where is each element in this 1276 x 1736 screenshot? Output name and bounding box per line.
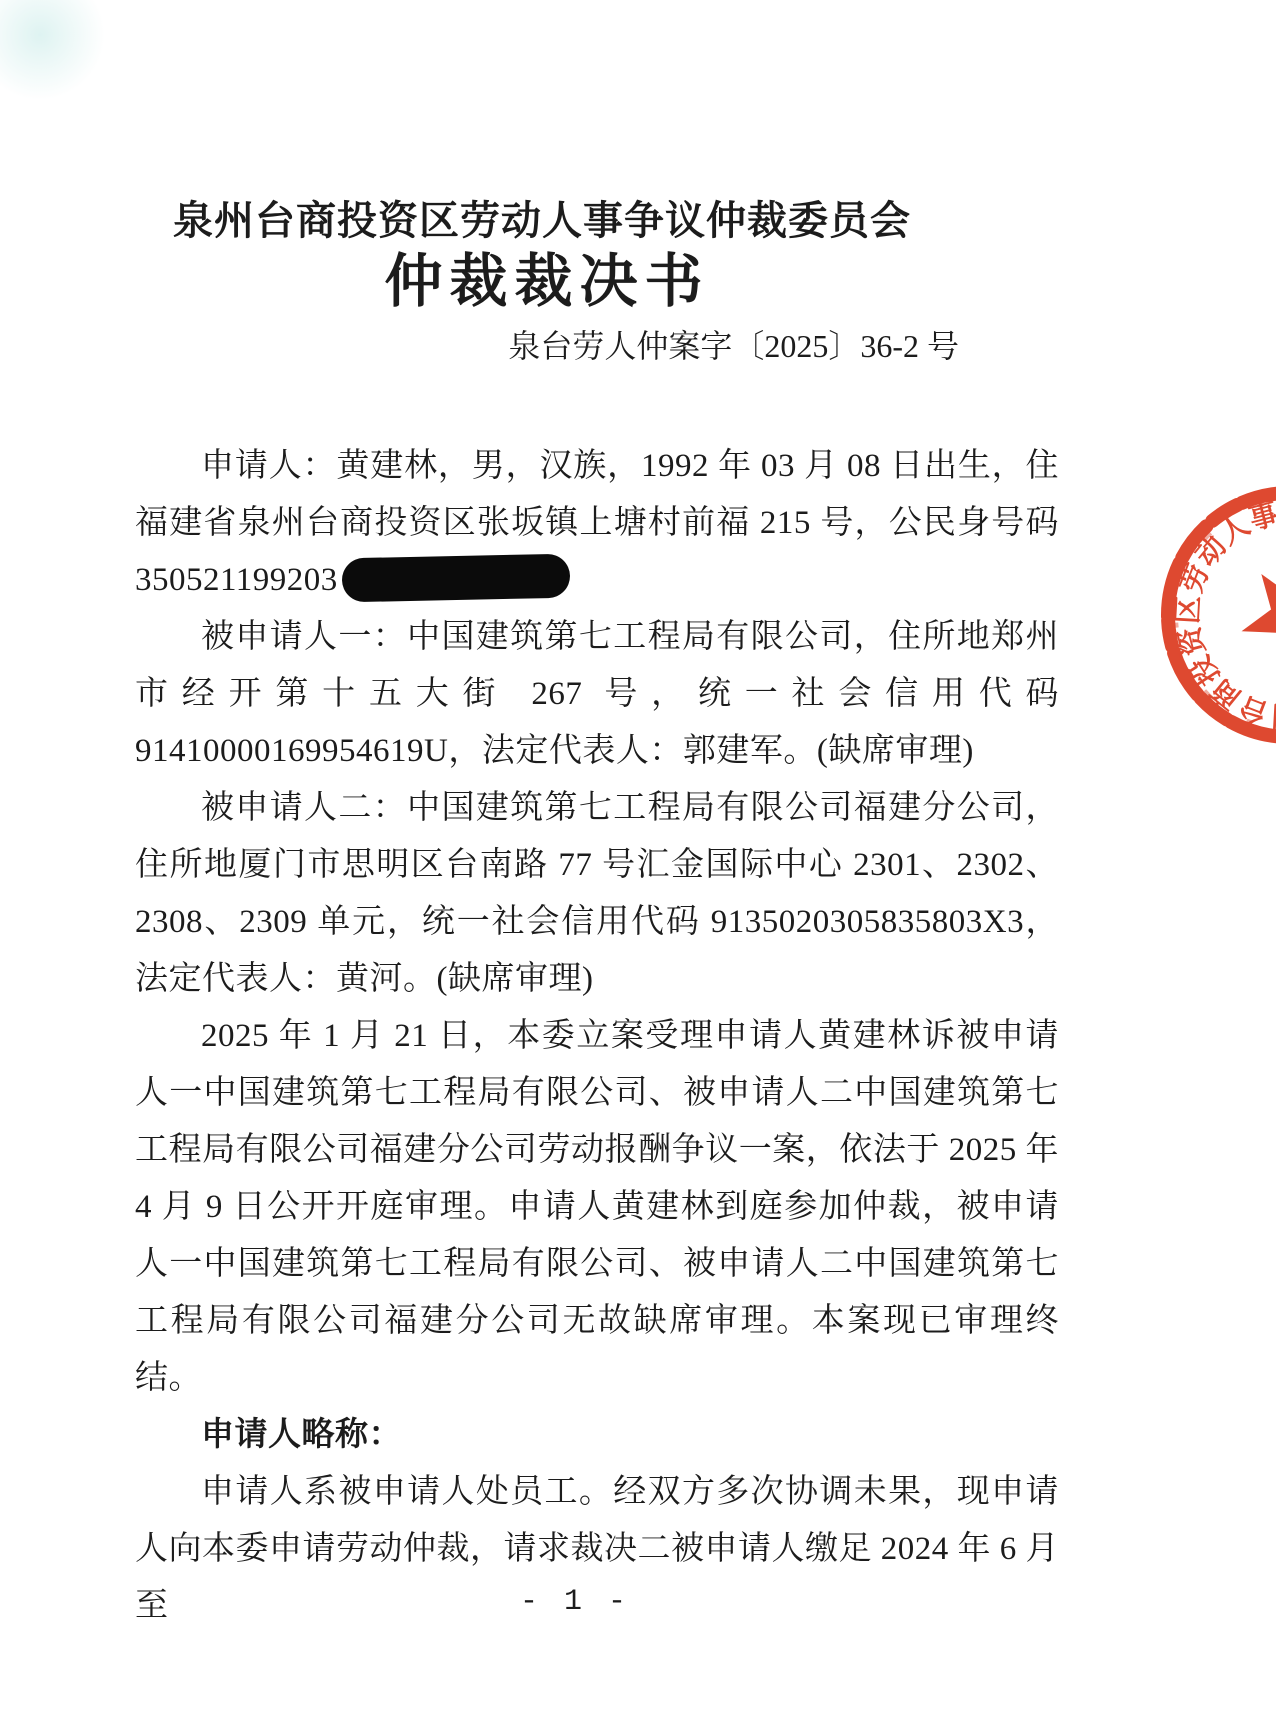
svg-text:泉州台商投资区劳动人事争议仲裁委员会: 泉州台商投资区劳动人事争议仲裁委员会 [1140,465,1276,765]
body-paragraphs: 申请人：黄建林，男，汉族，1992 年 03 月 08 日出生，住福建省泉州台商… [135,438,1059,1635]
case-number: 泉台劳人仲案字〔2025〕36-2 号 [135,326,1059,366]
seal-star-icon [1221,546,1276,678]
paragraph-text: 申请人：黄建林，男，汉族，1992 年 03 月 08 日出生，住福建省泉州台商… [135,448,1059,598]
paragraph-respondent-1: 被申请人一：中国建筑第七工程局有限公司，住所地郑州市经开第十五大街 267 号，… [135,609,1059,780]
committee-title: 泉州台商投资区劳动人事争议仲裁委员会 [80,196,1004,246]
paragraph-applicant: 申请人：黄建林，男，汉族，1992 年 03 月 08 日出生，住福建省泉州台商… [135,438,1059,609]
paragraph-respondent-2: 被申请人二：中国建筑第七工程局有限公司福建分公司，住所地厦门市思明区台南路 77… [135,780,1059,1008]
page-number: - 1 - [435,1585,715,1619]
redaction-box [341,554,570,603]
document-page: 泉州台商投资区劳动人事争议仲裁委员会 仲裁裁决书 泉台劳人仲案字〔2025〕36… [0,0,1276,1736]
paragraph-text: 被申请人一：中国建筑第七工程局有限公司，住所地郑州市经开第十五大街 267 号，… [135,619,1059,769]
paragraph-claim-heading: 申请人略称： [135,1407,1059,1464]
official-red-seal-icon: 泉州台商投资区劳动人事争议仲裁委员会 [1140,465,1276,765]
document-content: 泉州台商投资区劳动人事争议仲裁委员会 仲裁裁决书 泉台劳人仲案字〔2025〕36… [135,196,1059,1635]
seal-text: 泉州台商投资区劳动人事争议仲裁委员会 [1140,465,1276,765]
paragraph-text: 2025 年 1 月 21 日，本委立案受理申请人黄建林诉被申请人一中国建筑第七… [135,1018,1059,1396]
scan-artifact [0,0,105,100]
paragraph-text: 被申请人二：中国建筑第七工程局有限公司福建分公司，住所地厦门市思明区台南路 77… [135,790,1059,997]
document-title: 仲裁裁决书 [85,248,1009,316]
paragraph-text: 申请人略称： [201,1417,402,1453]
paragraph-case-filing: 2025 年 1 月 21 日，本委立案受理申请人黄建林诉被申请人一中国建筑第七… [135,1008,1059,1407]
